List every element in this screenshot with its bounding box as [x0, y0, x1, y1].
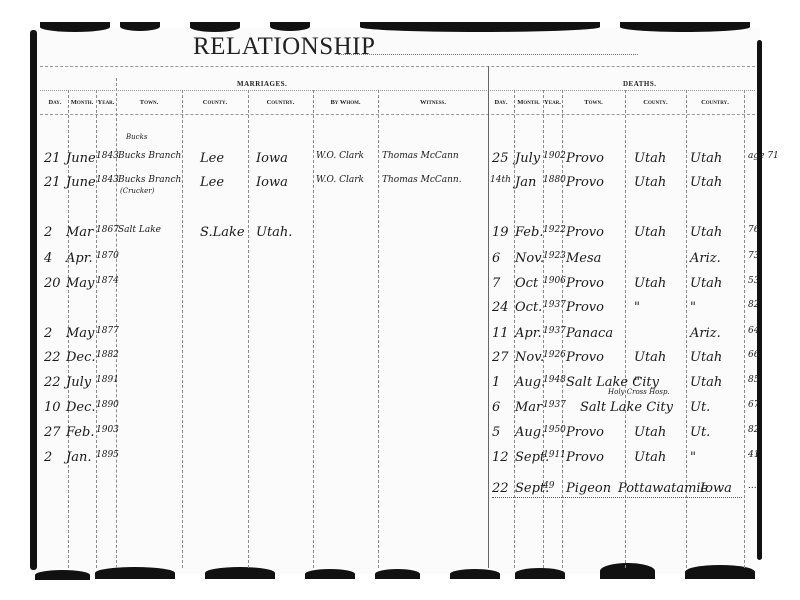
death-year: 1937 [543, 326, 566, 336]
marriage-county: S.Lake [200, 225, 245, 240]
death-year: 1950 [543, 425, 566, 435]
marriage-town-note: Bucks [126, 133, 147, 141]
death-county: " [634, 300, 640, 315]
death-month: July [515, 151, 540, 166]
death-town: Pigeon [566, 481, 611, 496]
marriage-month: Feb. [66, 425, 94, 440]
death-month: Aug. [515, 375, 545, 390]
death-year: 1923 [543, 251, 566, 261]
death-day: 11 [492, 326, 509, 341]
death-year: 1948 [543, 375, 566, 385]
death-country: Utah [690, 151, 722, 166]
col-divider [378, 90, 379, 568]
death-age: 67 [748, 400, 759, 410]
col-head-d-year: Year. [543, 99, 562, 106]
col-head-d-day: Day. [488, 99, 514, 106]
marriage-county: Lee [200, 151, 224, 166]
torn-edge-top [270, 22, 310, 31]
death-month: Apr. [515, 326, 542, 341]
col-head-m-day: Day. [42, 99, 68, 106]
marriage-country: Iowa [256, 175, 288, 190]
death-year: 1911 [543, 450, 566, 460]
death-month: Feb. [515, 225, 543, 240]
marriage-year: 1843 [96, 175, 119, 185]
col-head-d-town: Town. [562, 99, 625, 106]
death-age: 76 [748, 225, 759, 235]
death-year: 1880 [543, 175, 566, 185]
death-age: 53 [748, 276, 759, 286]
marriage-day: 21 [44, 151, 61, 166]
torn-edge-bottom [600, 563, 655, 579]
death-year: 1902 [543, 151, 566, 161]
torn-edge-bottom [35, 570, 90, 580]
torn-edge-bottom [305, 569, 355, 579]
marriage-day: 10 [44, 400, 61, 415]
death-county: Pottawatamie [618, 481, 708, 496]
marriage-town: Bucks Branch [118, 151, 181, 161]
death-year: 1937 [543, 300, 566, 310]
col-head-d-county: County. [625, 99, 686, 106]
marriage-month: May [66, 276, 94, 291]
death-county: Holy Cross Hosp. [608, 388, 670, 396]
death-month: Oct [515, 276, 538, 291]
death-town: Panaca [566, 326, 613, 341]
death-day: 27 [492, 350, 509, 365]
marriage-month: Mar [66, 225, 93, 240]
marriage-month: Dec. [66, 400, 96, 415]
death-month: Nov. [515, 251, 544, 266]
marriage-day: 2 [44, 450, 52, 465]
death-town: Provo [566, 225, 604, 240]
col-divider [744, 90, 745, 568]
col-head-m-town: Town. [116, 99, 182, 106]
death-year: 1937 [543, 400, 566, 410]
marriage-year: 1874 [96, 276, 119, 286]
death-country: Utah [690, 375, 722, 390]
marriage-month: Apr. [66, 251, 93, 266]
marriage-month: July [66, 375, 91, 390]
marriage-day: 21 [44, 175, 61, 190]
death-town: Provo [566, 151, 604, 166]
marriage-year: 1870 [96, 251, 119, 261]
col-divider [248, 90, 249, 568]
rule-top [40, 66, 755, 67]
col-head-m-county: County. [182, 99, 248, 106]
death-country: " [690, 450, 696, 465]
death-day: 22 [492, 481, 509, 496]
marriage-by-whom: W.O. Clark [316, 175, 364, 185]
death-country: Iowa [700, 481, 732, 496]
death-day: 7 [492, 276, 500, 291]
marriage-year: 1891 [96, 375, 119, 385]
marriage-country: Utah. [256, 225, 292, 240]
marriage-year: 1890 [96, 400, 119, 410]
marriage-year: 1882 [96, 350, 119, 360]
col-divider [182, 90, 183, 568]
marriage-town-note: (Crucker) [120, 187, 154, 195]
death-county: Utah [634, 350, 666, 365]
marriage-town: Salt Lake [118, 225, 161, 235]
col-head-m-by-whom: By Whom. [313, 99, 378, 106]
col-head-d-country: Country. [686, 99, 744, 106]
torn-edge-top [620, 22, 750, 32]
marriage-month: June [66, 175, 96, 190]
marriage-month: Dec. [66, 350, 96, 365]
marriage-year: 1843 [96, 151, 119, 161]
page-title: RELATIONSHIP [193, 33, 375, 61]
death-county: Utah [634, 151, 666, 166]
death-day: 6 [492, 400, 500, 415]
torn-edge-bottom [375, 569, 420, 579]
col-divider [313, 90, 314, 568]
death-day: 25 [492, 151, 509, 166]
death-country: " [690, 300, 696, 315]
death-year: 1922 [543, 225, 566, 235]
marriage-witness: Thomas McCann [382, 151, 459, 161]
torn-edge-top [120, 22, 160, 31]
death-country: Ariz. [690, 326, 721, 341]
marriage-month: June [66, 151, 96, 166]
death-age: ... [748, 481, 757, 491]
death-town: Mesa [566, 251, 601, 266]
marriage-by-whom: W.O. Clark [316, 151, 364, 161]
death-county: Utah [634, 276, 666, 291]
torn-edge-top [360, 22, 600, 32]
col-head-d-month: Month. [514, 99, 543, 106]
marriage-year: 1903 [96, 425, 119, 435]
torn-edge-bottom [450, 569, 500, 579]
marriage-day: 2 [44, 225, 52, 240]
marriage-witness: Thomas McCann. [382, 175, 462, 185]
death-year: 49 [543, 481, 554, 491]
torn-edge-left [30, 30, 37, 570]
death-country: Utah [690, 276, 722, 291]
death-day: 24 [492, 300, 509, 315]
marriage-day: 4 [44, 251, 52, 266]
col-head-m-month: Month. [68, 99, 96, 106]
marriage-town: Bucks Branch [118, 175, 181, 185]
marriage-day: 22 [44, 350, 61, 365]
marriage-month: May [66, 326, 94, 341]
death-town: Provo [566, 350, 604, 365]
marriage-day: 2 [44, 326, 52, 341]
death-day: 5 [492, 425, 500, 440]
death-town: Provo [566, 425, 604, 440]
death-country: Utah [690, 175, 722, 190]
death-age: 41 [748, 450, 759, 460]
marriage-year: 1867 [96, 225, 119, 235]
marriage-day: 27 [44, 425, 61, 440]
torn-edge-bottom [95, 567, 175, 579]
death-year: 1926 [543, 350, 566, 360]
death-country: Utah [690, 225, 722, 240]
death-town: Salt Lake City [580, 400, 673, 415]
death-town: Provo [566, 276, 604, 291]
entry-underline [492, 497, 742, 498]
death-country: Ut. [690, 400, 710, 415]
col-head-m-country: Country. [248, 99, 313, 106]
section-divider [488, 66, 489, 568]
death-month: Aug. [515, 425, 545, 440]
death-month: Nov. [515, 350, 544, 365]
death-town: Provo [566, 300, 604, 315]
death-month: Oct. [515, 300, 542, 315]
rule-header [40, 114, 755, 115]
death-age: 73 [748, 251, 759, 261]
death-county: Utah [634, 225, 666, 240]
death-town: Provo [566, 450, 604, 465]
title-fill-line [338, 54, 638, 55]
death-age: age 71 [748, 151, 779, 161]
rule-section [40, 90, 755, 91]
death-age: 64 [748, 326, 759, 336]
death-day: 1 [492, 375, 500, 390]
col-head-m-witness: Witness. [378, 99, 488, 106]
death-age: 85 [748, 375, 759, 385]
marriage-day: 22 [44, 375, 61, 390]
death-day: 14th [490, 175, 511, 185]
death-county: Utah [634, 450, 666, 465]
col-head-m-year: Year. [96, 99, 116, 106]
death-year: 1906 [543, 276, 566, 286]
marriage-country: Iowa [256, 151, 288, 166]
section-marriages: MARRIAGES. [237, 80, 287, 88]
torn-edge-top [190, 22, 240, 32]
death-county: Utah [634, 175, 666, 190]
death-town: Provo [566, 175, 604, 190]
death-month: Jan [515, 175, 536, 190]
marriage-year: 1877 [96, 326, 119, 336]
section-deaths: DEATHS. [623, 80, 657, 88]
torn-edge-bottom [515, 568, 565, 579]
torn-edge-top [40, 22, 110, 32]
marriage-day: 20 [44, 276, 61, 291]
death-age: 82 [748, 300, 759, 310]
death-country: Utah [690, 350, 722, 365]
death-month: Mar [515, 400, 542, 415]
death-day: 12 [492, 450, 509, 465]
death-day: 19 [492, 225, 509, 240]
death-country: Ariz. [690, 251, 721, 266]
marriage-county: Lee [200, 175, 224, 190]
death-age: 66 [748, 350, 759, 360]
death-day: 6 [492, 251, 500, 266]
death-country: Ut. [690, 425, 710, 440]
death-age: 82 [748, 425, 759, 435]
marriage-month: Jan. [66, 450, 91, 465]
torn-edge-bottom [205, 567, 275, 579]
death-county: Utah [634, 425, 666, 440]
marriage-year: 1895 [96, 450, 119, 460]
